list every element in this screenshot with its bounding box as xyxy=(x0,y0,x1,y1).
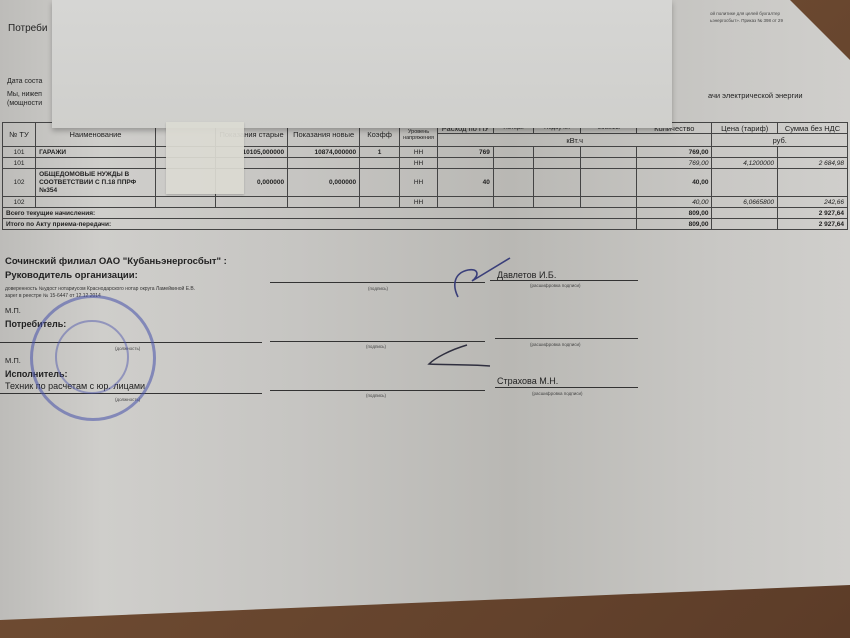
cell-undercount xyxy=(534,169,581,197)
act-table: № ТУ Наименование Показания старые Показ… xyxy=(2,122,848,230)
cell-voltage: НН xyxy=(400,158,438,169)
cell-tu: 101 xyxy=(3,158,36,169)
total-act-qty: 809,00 xyxy=(637,219,712,230)
stamp-inner-ring xyxy=(55,320,129,394)
total-current-sum: 2 927,64 xyxy=(777,208,847,219)
cell-sum: 2 684,98 xyxy=(777,158,847,169)
cell-new: 10874,000000 xyxy=(288,147,360,158)
overlapping-paper xyxy=(52,0,672,128)
executor-decode-line xyxy=(495,387,638,388)
cell-name xyxy=(36,158,156,169)
table-row: 102 ОБЩЕДОМОВЫЕ НУЖДЫ В СООТВЕТСТВИИ С П… xyxy=(3,169,848,197)
total-current-row: Всего текущие начисления: 809,00 2 927,6… xyxy=(3,208,848,219)
stamp-seal xyxy=(30,295,156,421)
date-label: Дата соста xyxy=(7,78,42,85)
cell-sum: 242,66 xyxy=(777,197,847,208)
cell-name: ОБЩЕДОМОВЫЕ НУЖДЫ В СООТВЕТСТВИИ С П.18 … xyxy=(36,169,156,197)
caption-signature-3: (подпись) xyxy=(366,393,386,398)
cell-quantity: 769,00 xyxy=(637,147,712,158)
cell-volumes xyxy=(581,147,637,158)
caption-decode-2: (расшифровка подписи) xyxy=(530,342,580,347)
cell-quantity: 40,00 xyxy=(637,169,712,197)
header-right-2: ой политике для целей бухгалтер xyxy=(710,11,780,16)
org-name: Сочинский филиал ОАО "Кубаньэнергосбыт" … xyxy=(5,256,227,267)
cell-sum xyxy=(777,147,847,158)
cell-coef xyxy=(360,169,400,197)
total-act-sum: 2 927,64 xyxy=(777,219,847,230)
cell-undercount xyxy=(534,158,581,169)
cell-sum xyxy=(777,169,847,197)
cell-tu: 102 xyxy=(3,197,36,208)
cell-blank xyxy=(712,208,777,219)
cell-voltage: НН xyxy=(400,197,438,208)
cell-voltage: НН xyxy=(400,147,438,158)
cell-old xyxy=(216,197,288,208)
cell-consumption xyxy=(437,158,493,169)
cell-price xyxy=(712,147,777,158)
executor-name: Страхова М.Н. xyxy=(497,376,558,386)
cell-undercount xyxy=(534,147,581,158)
th-price: Цена (тариф) xyxy=(712,123,777,134)
cell-consumption: 769 xyxy=(437,147,493,158)
table-row: 101 ГАРАЖИ 10105,000000 10874,000000 1 Н… xyxy=(3,147,848,158)
cell-blank xyxy=(155,197,215,208)
cell-new xyxy=(288,197,360,208)
executor-signature-line xyxy=(270,390,485,391)
cell-tu: 101 xyxy=(3,147,36,158)
cell-price xyxy=(712,169,777,197)
cell-blank xyxy=(712,219,777,230)
th-sum: Сумма без НДС xyxy=(777,123,847,134)
table-row: 102 НН 40,00 6,0665800 242,66 xyxy=(3,197,848,208)
cell-volumes xyxy=(581,197,637,208)
cell-price: 4,1200000 xyxy=(712,158,777,169)
intro-line2-left: (мощности xyxy=(7,100,42,107)
cell-new: 0,000000 xyxy=(288,169,360,197)
head-handwritten-signature xyxy=(450,255,530,300)
cell-undercount xyxy=(534,197,581,208)
intro-line1-left: Мы, нижеп xyxy=(7,91,42,98)
mp-2: М.П. xyxy=(5,356,21,365)
total-act-row: Итого по Акту приема-передачи: 809,00 2 … xyxy=(3,219,848,230)
cell-name: ГАРАЖИ xyxy=(36,147,156,158)
th-unit-kwh: кВт.ч xyxy=(437,134,712,147)
cell-consumption xyxy=(437,197,493,208)
th-unit-rub: руб. xyxy=(712,134,848,147)
table-row: 101 НН 769,00 4,1200000 2 684,98 xyxy=(3,158,848,169)
cell-new xyxy=(288,158,360,169)
header-right-3: ьэнергосбыт». Приказ № 398 от 29 xyxy=(710,18,783,23)
header-left: Потреби xyxy=(8,23,47,34)
cell-volumes xyxy=(581,158,637,169)
total-current-label: Всего текущие начисления: xyxy=(3,208,637,219)
cell-price: 6,0665800 xyxy=(712,197,777,208)
total-current-qty: 809,00 xyxy=(637,208,712,219)
cell-losses xyxy=(493,197,533,208)
total-act-label: Итого по Акту приема-передачи: xyxy=(3,219,637,230)
cell-volumes xyxy=(581,169,637,197)
cell-losses xyxy=(493,169,533,197)
cell-quantity: 769,00 xyxy=(637,158,712,169)
caption-signature-1: (подпись) xyxy=(368,286,388,291)
caption-signature-2: (подпись) xyxy=(366,344,386,349)
consumer-decode-line xyxy=(495,338,638,339)
power-of-attorney-1: доверенность №удост нотариусом Краснодар… xyxy=(5,286,195,292)
cell-losses xyxy=(493,147,533,158)
cell-name xyxy=(36,197,156,208)
caption-decode-1: (расшифровка подписи) xyxy=(530,283,580,288)
executor-handwritten-signature xyxy=(415,340,495,370)
adhesive-tape xyxy=(166,122,244,194)
cell-coef: 1 xyxy=(360,147,400,158)
cell-coef xyxy=(360,197,400,208)
cell-quantity: 40,00 xyxy=(637,197,712,208)
mp-1: М.П. xyxy=(5,306,21,315)
head-label: Руководитель организации: xyxy=(5,270,138,281)
th-tu: № ТУ xyxy=(3,123,36,147)
cell-coef xyxy=(360,158,400,169)
intro-line1-right: ачи электрической энергии xyxy=(708,91,803,100)
caption-decode-3: (расшифровка подписи) xyxy=(532,391,582,396)
cell-losses xyxy=(493,158,533,169)
cell-tu: 102 xyxy=(3,169,36,197)
cell-consumption: 40 xyxy=(437,169,493,197)
cell-voltage: НН xyxy=(400,169,438,197)
